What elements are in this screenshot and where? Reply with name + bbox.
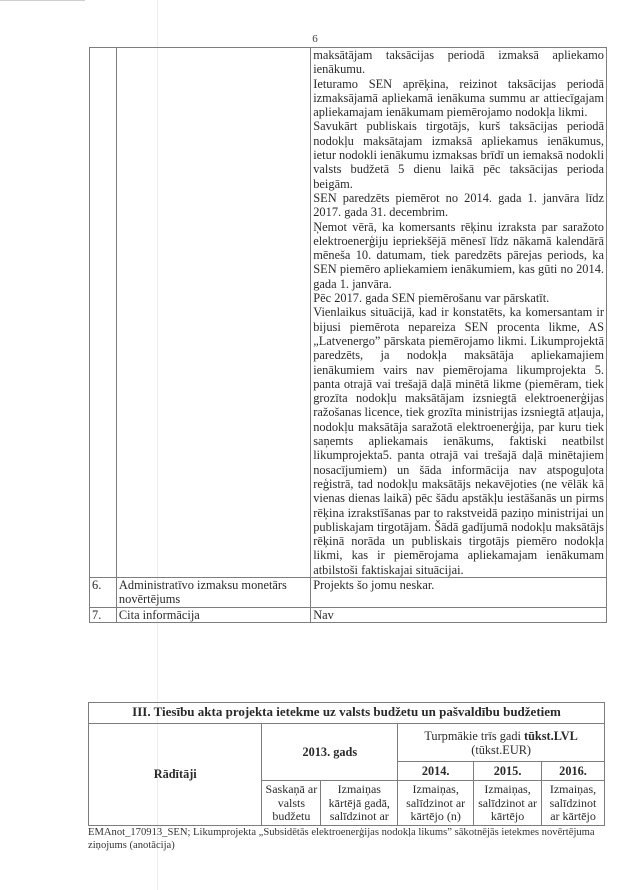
row-number: 7. xyxy=(90,607,117,622)
paragraph: Ieturamo SEN aprēķina, reizinot taksācij… xyxy=(313,77,604,120)
subheader-change-2014: Izmaiņas, salīdzinot ar kārtējo (n) xyxy=(398,781,474,826)
row-label: Cita informācija xyxy=(116,607,310,622)
table-row: 6. Administratīvo izmaksu monetārs novēr… xyxy=(90,577,607,607)
year-header-2014: 2014. xyxy=(398,762,474,781)
table-row: maksātājam taksācijas periodā izmaksā ap… xyxy=(90,48,607,578)
subheader-change-current: Izmaiņas kārtējā gadā, salīdzinot ar xyxy=(321,781,398,826)
following-years-prefix: Turpmākie trīs gadi xyxy=(424,729,524,743)
year-header-2016: 2016. xyxy=(542,762,605,781)
paragraph: Savukārt publiskais tirgotājs, kurš taks… xyxy=(313,119,604,190)
year-header-2015: 2015. xyxy=(474,762,542,781)
section-title: III. Tiesību akta projekta ietekme uz va… xyxy=(89,703,605,724)
indicators-header: Rādītāji xyxy=(89,724,262,826)
following-years-suffix: (tūkst.EUR) xyxy=(471,743,531,757)
paragraph: Ņemot vērā, ka komersants rēķinu izrakst… xyxy=(313,220,604,291)
table-row: 7. Cita informācija Nav xyxy=(90,607,607,622)
scan-corner-mark xyxy=(0,0,85,1)
continuation-table: maksātājam taksācijas periodā izmaksā ap… xyxy=(89,47,607,623)
paragraph: SEN paredzēts piemērot no 2014. gada 1. … xyxy=(313,191,604,220)
row-number: 6. xyxy=(90,577,117,607)
subheader-budget: Saskaņā ar valsts budžetu xyxy=(262,781,321,826)
row-value: Projekts šo jomu neskar. xyxy=(311,577,607,607)
paragraph: maksātājam taksācijas periodā izmaksā ap… xyxy=(313,48,604,77)
following-years-header: Turpmākie trīs gadi tūkst.LVL (tūkst.EUR… xyxy=(398,724,605,762)
paragraph: Pēc 2017. gada SEN piemērošanu var pārsk… xyxy=(313,291,604,305)
following-years-unit: tūkst.LVL xyxy=(524,729,578,743)
budget-impact-table: III. Tiesību akta projekta ietekme uz va… xyxy=(88,702,605,826)
subheader-change-2016: Izmaiņas, salīdzinot ar kārtējo xyxy=(542,781,605,826)
subheader-change-2015: Izmaiņas, salīdzinot ar kārtējo xyxy=(474,781,542,826)
row-number xyxy=(90,48,117,578)
page-number: 6 xyxy=(0,33,630,45)
row-label: Administratīvo izmaksu monetārs novērtēj… xyxy=(116,577,310,607)
row-value: Nav xyxy=(311,607,607,622)
row-content: maksātājam taksācijas periodā izmaksā ap… xyxy=(311,48,607,578)
year-2013-header: 2013. gads xyxy=(262,724,398,781)
paragraph: Vienlaikus situācijā, kad ir konstatēts,… xyxy=(313,305,604,577)
row-label xyxy=(116,48,310,578)
document-footer: EMAnot_170913_SEN; Likumprojekta „Subsid… xyxy=(88,826,608,852)
